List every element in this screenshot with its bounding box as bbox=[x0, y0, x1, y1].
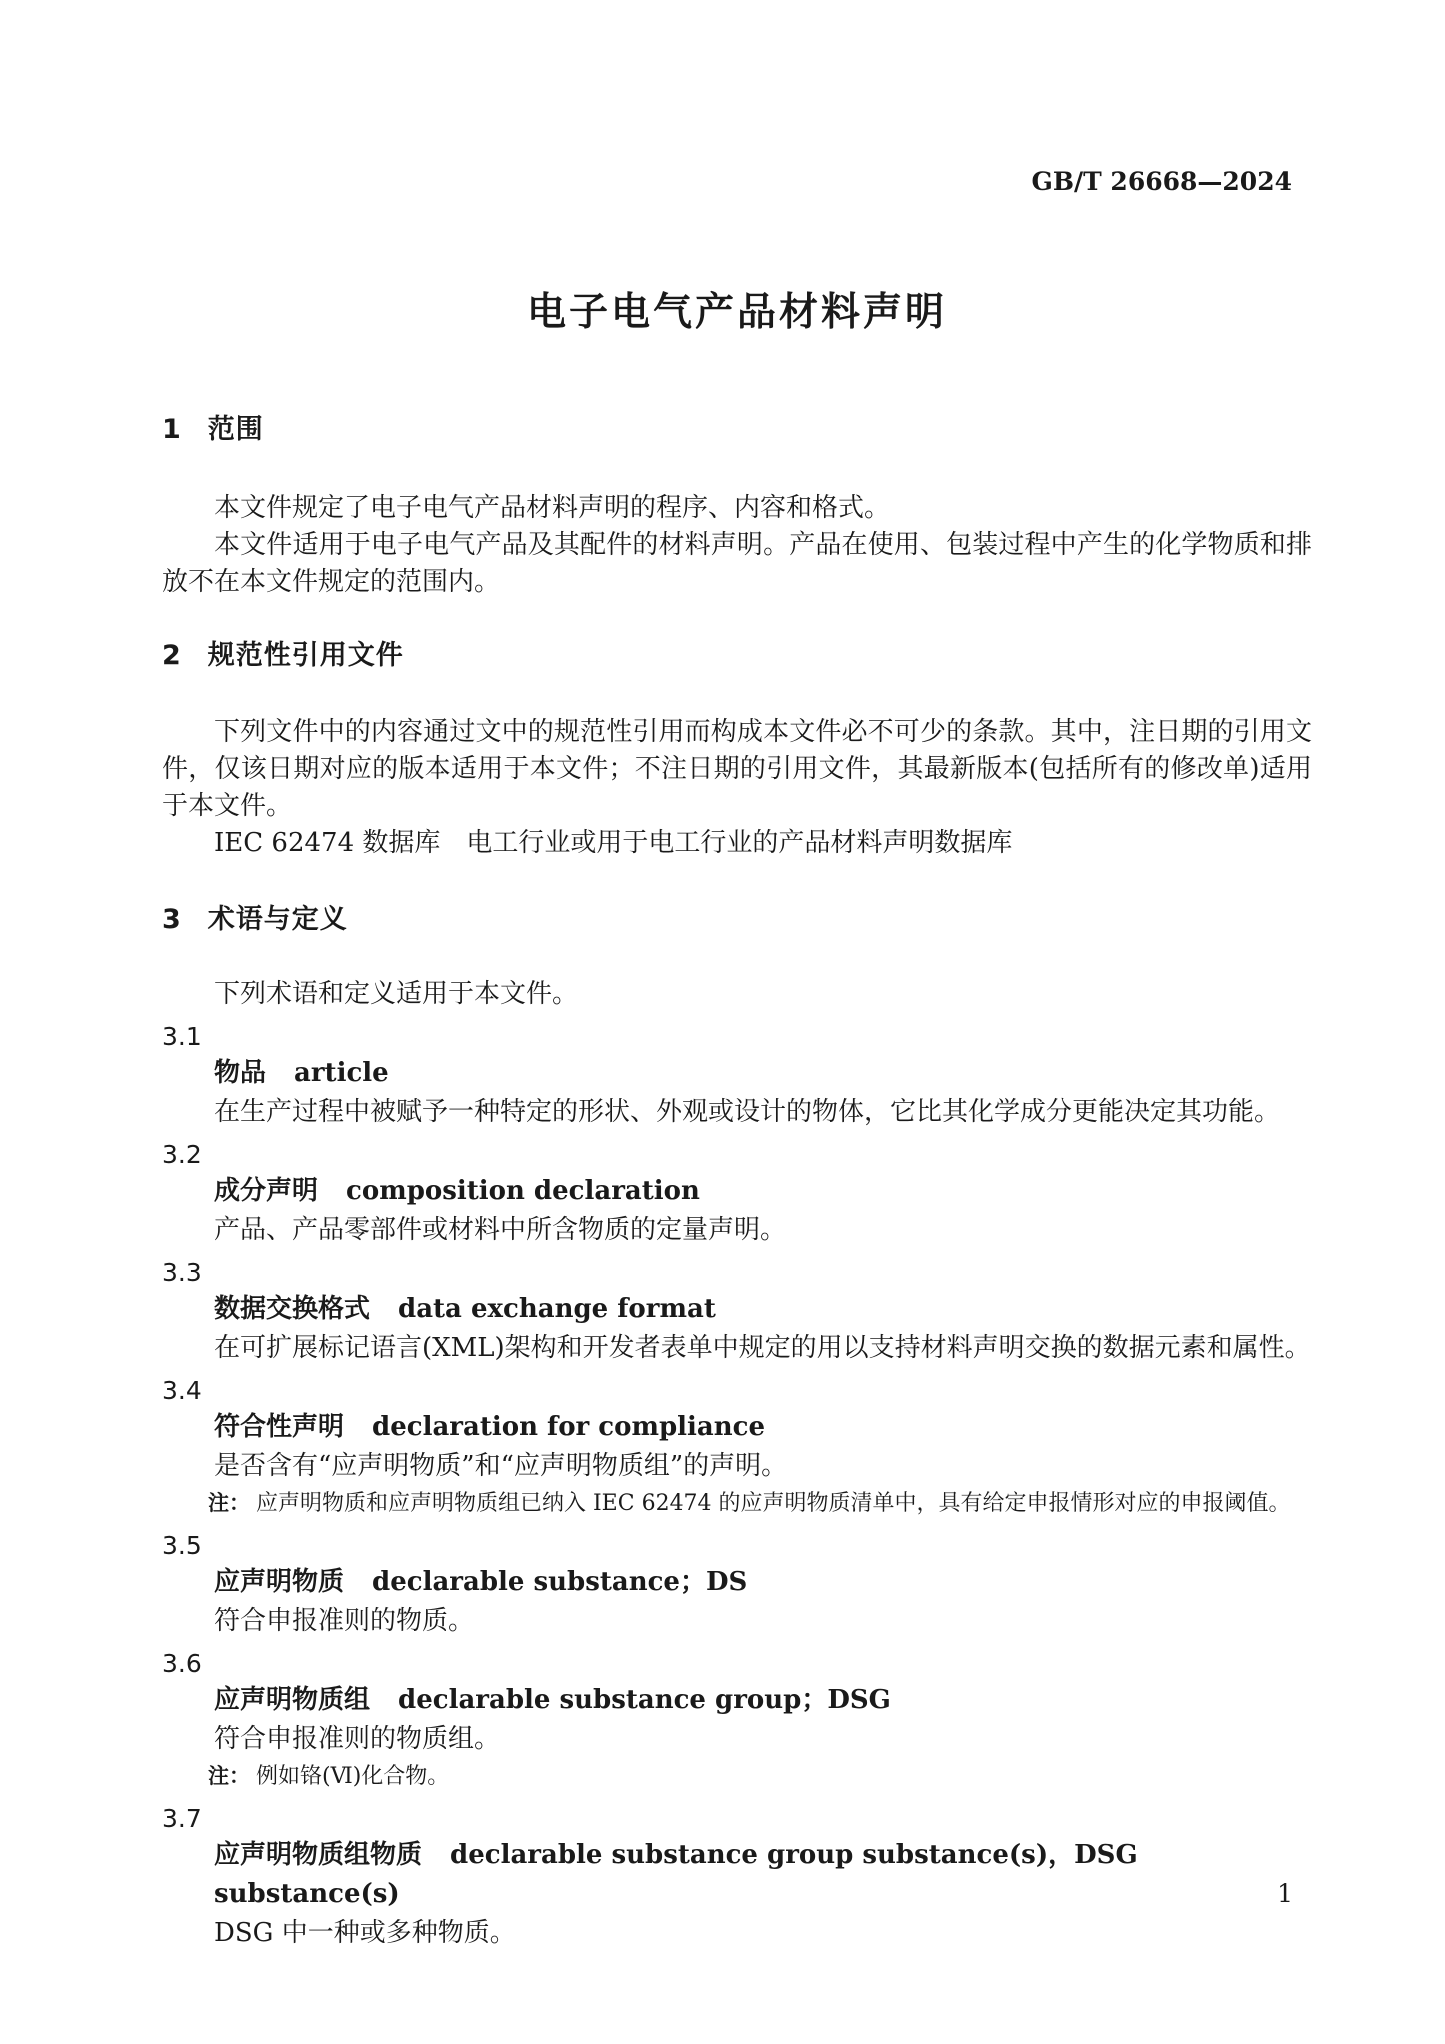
note-label: 注： bbox=[208, 1491, 250, 1515]
term-title-line: 数据交换格式data exchange format bbox=[162, 1291, 1312, 1330]
term-definition: DSG 中一种或多种物质。 bbox=[162, 1915, 1312, 1952]
term-note: 注：例如铬(Ⅵ)化合物。 bbox=[162, 1758, 1312, 1795]
scope-paragraph-1: 本文件规定了电子电气产品材料声明的程序、内容和格式。 bbox=[162, 490, 1312, 527]
section-scope: 1范围 本文件规定了电子电气产品材料声明的程序、内容和格式。 本文件适用于电子电… bbox=[162, 414, 1312, 601]
term-3-3: 3.3 数据交换格式data exchange format 在可扩展标记语言(… bbox=[162, 1254, 1312, 1367]
document-page: GB/T 26668—2024 电子电气产品材料声明 1范围 本文件规定了电子电… bbox=[0, 0, 1445, 2044]
term-zh: 物品 bbox=[214, 1058, 266, 1088]
term-definition: 在生产过程中被赋予一种特定的形状、外观或设计的物体，它比其化学成分更能决定其功能… bbox=[162, 1094, 1312, 1131]
term-definition: 符合申报准则的物质。 bbox=[162, 1603, 1312, 1640]
term-zh: 应声明物质组 bbox=[214, 1685, 370, 1715]
clause-2-title: 规范性引用文件 bbox=[208, 640, 404, 671]
term-3-1: 3.1 物品article 在生产过程中被赋予一种特定的形状、外观或设计的物体，… bbox=[162, 1018, 1312, 1131]
term-number: 3.7 bbox=[162, 1800, 1312, 1837]
term-3-6: 3.6 应声明物质组declarable substance group；DSG… bbox=[162, 1645, 1312, 1795]
term-definition: 产品、产品零部件或材料中所含物质的定量声明。 bbox=[162, 1212, 1312, 1249]
doc-number: GB/T 26668—2024 bbox=[162, 168, 1312, 196]
section-terms-definitions: 3术语与定义 下列术语和定义适用于本文件。 3.1 物品article 在生产过… bbox=[162, 904, 1312, 1952]
term-number: 3.6 bbox=[162, 1645, 1312, 1682]
terms-list: 3.1 物品article 在生产过程中被赋予一种特定的形状、外观或设计的物体，… bbox=[162, 1018, 1312, 1952]
reference-entry: IEC 62474 数据库电工行业或用于电工行业的产品材料声明数据库 bbox=[162, 825, 1312, 862]
note-text: 例如铬(Ⅵ)化合物。 bbox=[256, 1764, 449, 1789]
clause-3-title: 术语与定义 bbox=[208, 904, 348, 935]
term-number: 3.3 bbox=[162, 1254, 1312, 1291]
clause-1-heading: 1范围 bbox=[162, 414, 1312, 446]
term-3-2: 3.2 成分声明composition declaration 产品、产品零部件… bbox=[162, 1136, 1312, 1249]
term-number: 3.2 bbox=[162, 1136, 1312, 1173]
term-en: composition declaration bbox=[346, 1176, 700, 1206]
reference-title: 电工行业或用于电工行业的产品材料声明数据库 bbox=[466, 828, 1012, 858]
term-title-line: 应声明物质组declarable substance group；DSG bbox=[162, 1682, 1312, 1721]
references-paragraph: 下列文件中的内容通过文中的规范性引用而构成本文件必不可少的条款。其中，注日期的引… bbox=[162, 714, 1312, 825]
term-en: declarable substance group；DSG bbox=[398, 1685, 891, 1715]
term-3-4: 3.4 符合性声明declaration for compliance 是否含有… bbox=[162, 1372, 1312, 1522]
page-content: GB/T 26668—2024 电子电气产品材料声明 1范围 本文件规定了电子电… bbox=[162, 168, 1312, 1952]
term-title-line: 应声明物质declarable substance；DS bbox=[162, 1564, 1312, 1603]
scope-paragraph-2: 本文件适用于电子电气产品及其配件的材料声明。产品在使用、包装过程中产生的化学物质… bbox=[162, 527, 1312, 601]
note-label: 注： bbox=[208, 1764, 250, 1788]
term-zh: 数据交换格式 bbox=[214, 1294, 370, 1324]
doc-title: 电子电气产品材料声明 bbox=[162, 290, 1312, 336]
term-number: 3.1 bbox=[162, 1018, 1312, 1055]
clause-2-number: 2 bbox=[162, 640, 182, 672]
term-zh: 成分声明 bbox=[214, 1176, 318, 1206]
term-definition: 在可扩展标记语言(XML)架构和开发者表单中规定的用以支持材料声明交换的数据元素… bbox=[162, 1330, 1312, 1367]
clause-1-number: 1 bbox=[162, 414, 182, 446]
term-number: 3.4 bbox=[162, 1372, 1312, 1409]
term-en: article bbox=[294, 1058, 389, 1088]
term-en: declaration for compliance bbox=[372, 1412, 765, 1442]
clause-3-number: 3 bbox=[162, 904, 182, 936]
term-en: declarable substance；DS bbox=[372, 1567, 747, 1597]
section-normative-references: 2规范性引用文件 下列文件中的内容通过文中的规范性引用而构成本文件必不可少的条款… bbox=[162, 640, 1312, 862]
term-zh: 符合性声明 bbox=[214, 1412, 344, 1442]
term-title-line: 成分声明composition declaration bbox=[162, 1173, 1312, 1212]
term-title-line: 物品article bbox=[162, 1055, 1312, 1094]
term-zh: 应声明物质 bbox=[214, 1567, 344, 1597]
term-zh: 应声明物质组物质 bbox=[214, 1840, 422, 1870]
term-title-line: 应声明物质组物质declarable substance group subst… bbox=[162, 1837, 1312, 1915]
clause-3-heading: 3术语与定义 bbox=[162, 904, 1312, 936]
note-text: 应声明物质和应声明物质组已纳入 IEC 62474 的应声明物质清单中，具有给定… bbox=[256, 1491, 1291, 1516]
term-3-7: 3.7 应声明物质组物质declarable substance group s… bbox=[162, 1800, 1312, 1952]
clause-1-title: 范围 bbox=[208, 414, 264, 445]
term-definition: 符合申报准则的物质组。 bbox=[162, 1721, 1312, 1758]
term-3-5: 3.5 应声明物质declarable substance；DS 符合申报准则的… bbox=[162, 1527, 1312, 1640]
clause-2-heading: 2规范性引用文件 bbox=[162, 640, 1312, 672]
page-number: 1 bbox=[1277, 1880, 1293, 1908]
terms-intro: 下列术语和定义适用于本文件。 bbox=[162, 976, 1312, 1013]
term-number: 3.5 bbox=[162, 1527, 1312, 1564]
reference-label: IEC 62474 数据库 bbox=[214, 828, 440, 858]
term-note: 注：应声明物质和应声明物质组已纳入 IEC 62474 的应声明物质清单中，具有… bbox=[162, 1485, 1312, 1522]
term-title-line: 符合性声明declaration for compliance bbox=[162, 1409, 1312, 1448]
term-en: data exchange format bbox=[398, 1294, 716, 1324]
term-definition: 是否含有“应声明物质”和“应声明物质组”的声明。 bbox=[162, 1448, 1312, 1485]
